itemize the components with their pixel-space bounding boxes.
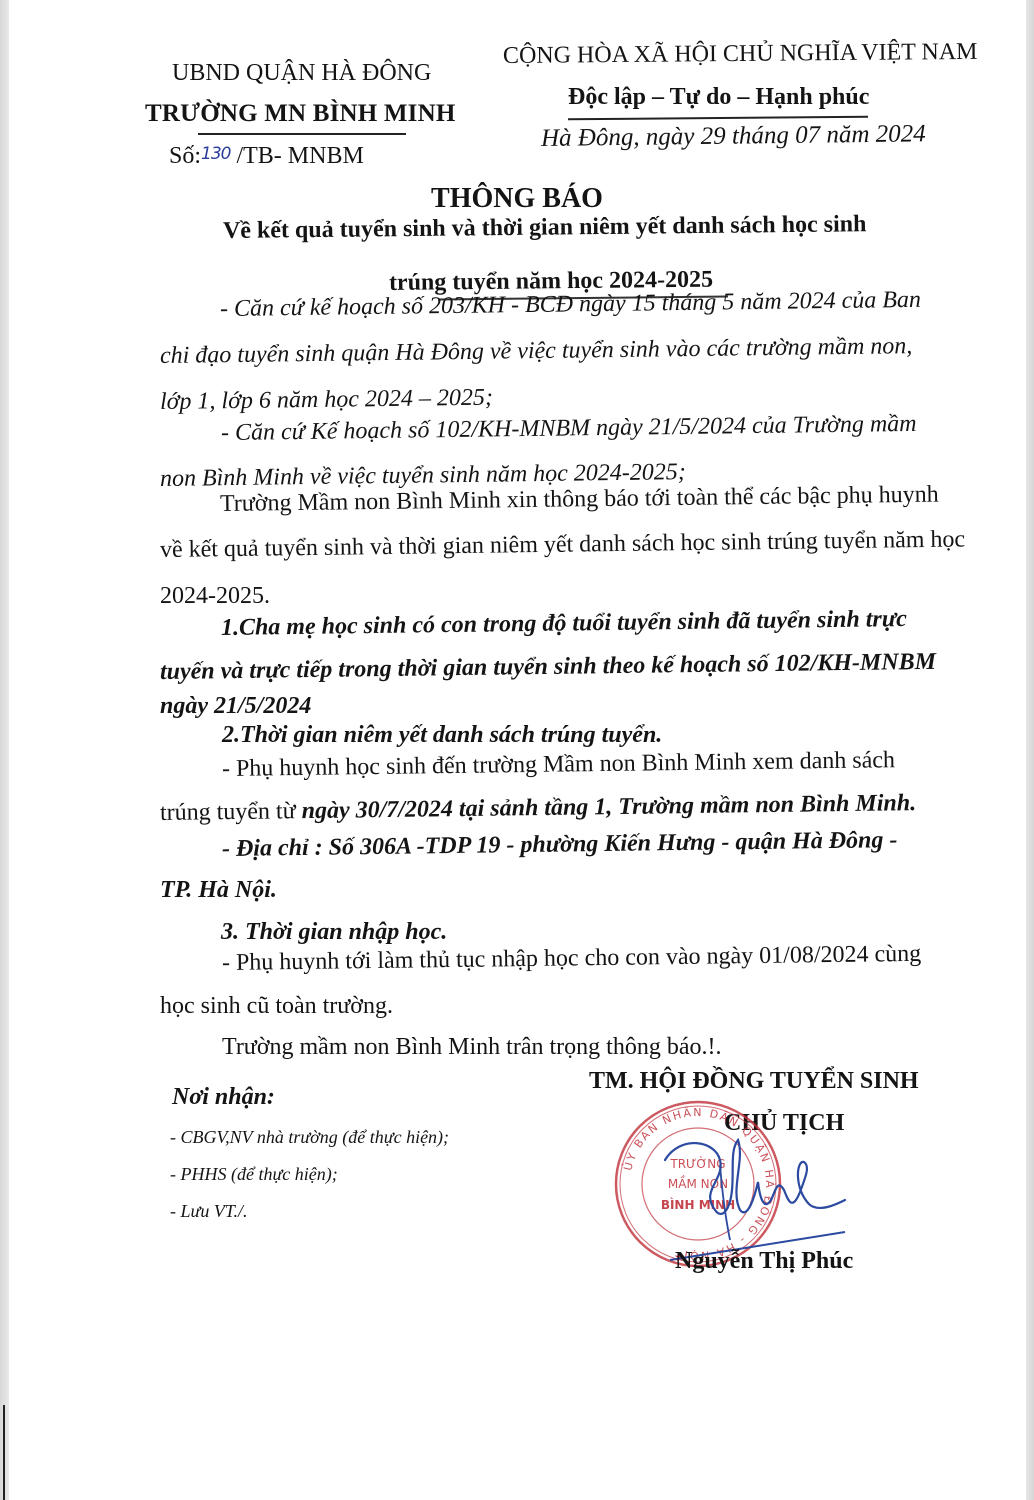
school-name-underline bbox=[198, 133, 406, 135]
issuing-authority: UBND QUẬN HÀ ĐÔNG bbox=[172, 60, 431, 87]
intro-line-2: về kết quả tuyển sinh và thời gian niêm … bbox=[160, 526, 965, 564]
recipient-item: - CBGV,NV nhà trường (để thực hiện); bbox=[170, 1127, 449, 1148]
document-title: THÔNG BÁO bbox=[0, 183, 1034, 215]
recipient-item: - Lưu VT./. bbox=[170, 1201, 248, 1222]
page-edge-right bbox=[1026, 0, 1034, 1500]
document-subtitle-line-1: Về kết quả tuyển sinh và thời gian niêm … bbox=[223, 211, 867, 245]
document-number-prefix: Số: bbox=[169, 143, 201, 169]
national-motto: Độc lập – Tự do – Hạnh phúc bbox=[568, 84, 869, 111]
document-number-handwritten: 130 bbox=[201, 144, 230, 164]
section-2-heading: 2.Thời gian niêm yết danh sách trúng tuy… bbox=[222, 722, 662, 749]
scan-shadow bbox=[3, 1405, 5, 1500]
basis-1-line-2: chi đạo tuyển sinh quận Hà Đông về việc … bbox=[160, 333, 913, 370]
section-3-heading: 3. Thời gian nhập học. bbox=[221, 919, 447, 946]
section-2-line-2-emphasis: ngày 30/7/2024 tại sảnh tầng 1, Trường m… bbox=[301, 790, 916, 824]
school-name: TRƯỜNG MN BÌNH MINH bbox=[145, 100, 456, 128]
section-1-line-3: ngày 21/5/2024 bbox=[160, 693, 311, 720]
address-line-2: TP. Hà Nội. bbox=[160, 877, 277, 904]
section-1-line-1: 1.Cha mẹ học sinh có con trong độ tuổi t… bbox=[221, 606, 907, 642]
intro-line-3: 2024-2025. bbox=[160, 583, 270, 610]
basis-2-line-1: - Căn cứ Kế hoạch số 102/KH-MNBM ngày 21… bbox=[221, 411, 917, 447]
signatory-name: Nguyễn Thị Phúc bbox=[675, 1248, 853, 1275]
closing-line: Trường mầm non Bình Minh trân trọng thôn… bbox=[222, 1034, 721, 1061]
recipients-title: Nơi nhận: bbox=[172, 1084, 275, 1111]
section-2-line-2-plain: trúng tuyển từ bbox=[160, 798, 302, 826]
national-title: CỘNG HÒA XÃ HỘI CHỦ NGHĨA VIỆT NAM bbox=[503, 39, 978, 70]
recipient-item: - PHHS (để thực hiện); bbox=[170, 1164, 338, 1185]
address-line-1: - Địa chỉ : Số 306A -TDP 19 - phường Kiế… bbox=[222, 827, 898, 863]
section-2-line-2: trúng tuyển từ ngày 30/7/2024 tại sảnh t… bbox=[160, 790, 916, 827]
document-number: Số:130 /TB- MNBM bbox=[169, 143, 364, 170]
section-3-line-2: học sinh cũ toàn trường. bbox=[160, 993, 393, 1020]
section-2-line-1: - Phụ huynh học sinh đến trường Mầm non … bbox=[222, 747, 895, 783]
document-number-suffix: /TB- MNBM bbox=[230, 143, 363, 169]
motto-underline bbox=[568, 116, 868, 121]
signature-on-behalf: TM. HỘI ĐỒNG TUYỂN SINH bbox=[589, 1068, 919, 1095]
place-and-date: Hà Đông, ngày 29 tháng 07 năm 2024 bbox=[541, 120, 926, 153]
page-edge-left bbox=[0, 0, 9, 1500]
section-3-line-1: - Phụ huynh tới làm thủ tục nhập học cho… bbox=[222, 941, 922, 977]
basis-1-line-3: lớp 1, lớp 6 năm học 2024 – 2025; bbox=[160, 385, 493, 416]
basis-1-line-1: - Căn cứ kế hoạch số 203/KH - BCĐ ngày 1… bbox=[220, 287, 921, 323]
section-1-line-2: tuyến và trực tiếp trong thời gian tuyển… bbox=[160, 649, 936, 686]
